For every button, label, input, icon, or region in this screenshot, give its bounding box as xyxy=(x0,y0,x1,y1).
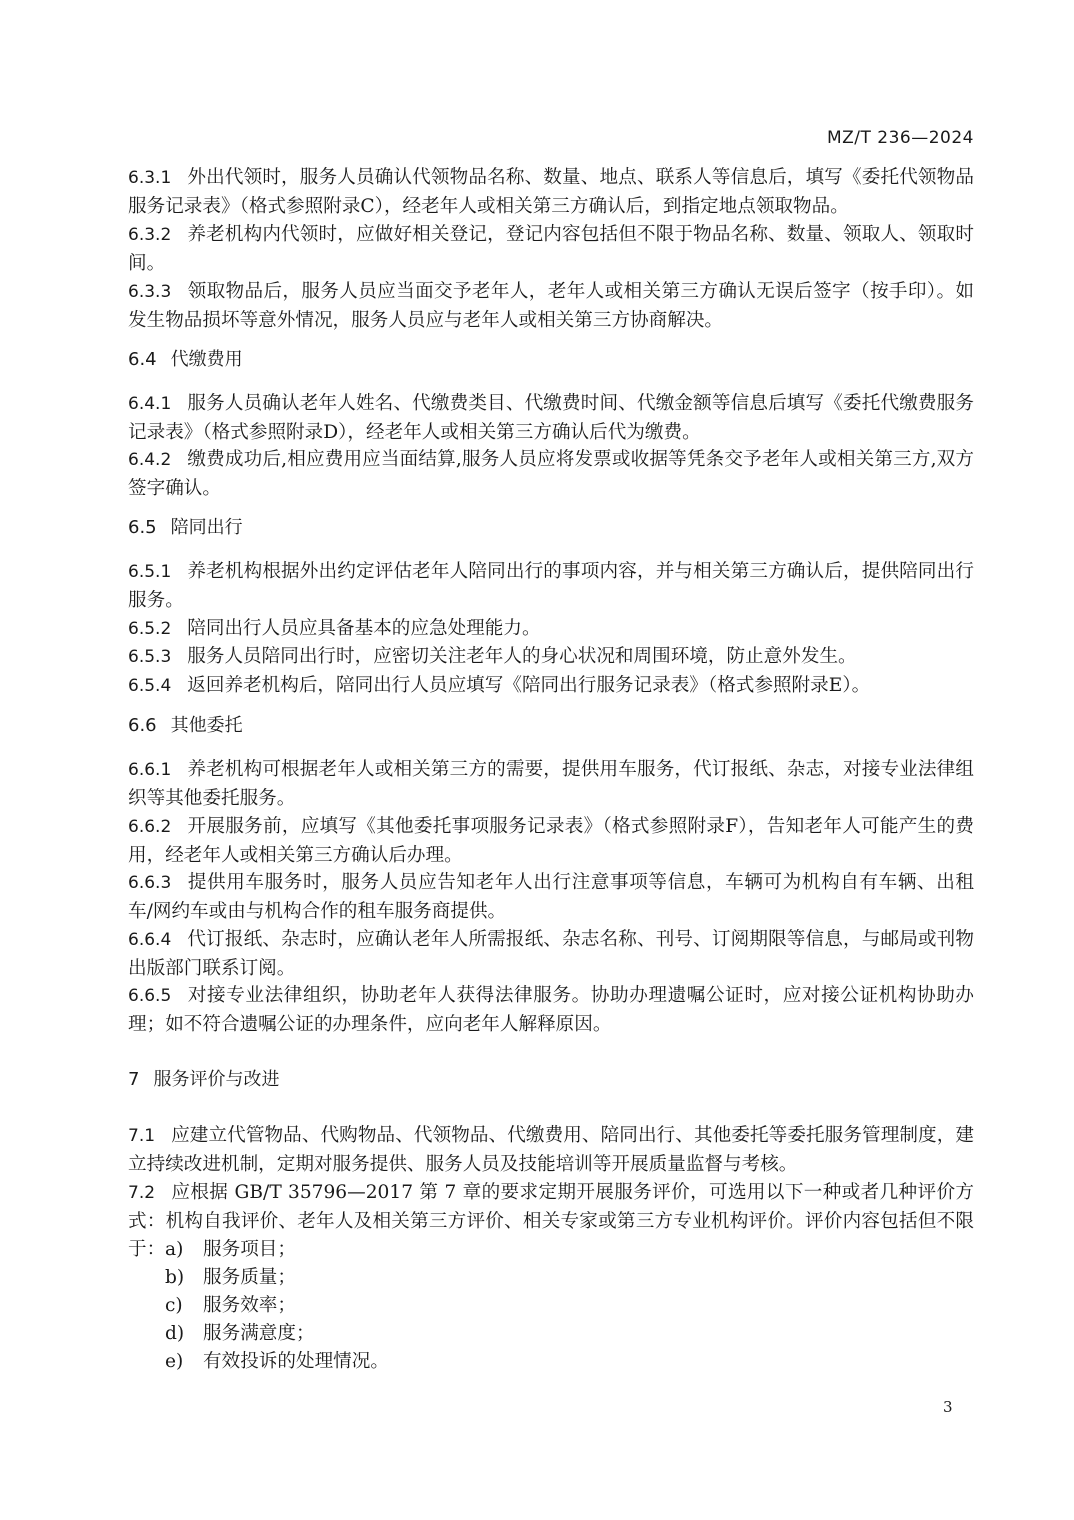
clause-text: 返回养老机构后，陪同出行人员应填写《陪同出行服务记录表》（格式参照附录E）。 xyxy=(187,675,870,696)
clause-6-6-3: 6.6.3提供用车服务时，服务人员应告知老年人出行注意事项等信息，车辆可为机构自… xyxy=(128,869,974,926)
heading-number: 7 xyxy=(128,1069,139,1090)
clause-number: 6.4.2 xyxy=(128,450,171,470)
list-item: b)服务质量； xyxy=(165,1264,296,1292)
list-item: e)有效投诉的处理情况。 xyxy=(165,1348,389,1376)
list-item: c)服务效率； xyxy=(165,1292,296,1320)
clause-6-5-1: 6.5.1养老机构根据外出约定评估老年人陪同出行的事项内容，并与相关第三方确认后… xyxy=(128,558,974,615)
list-marker: b) xyxy=(165,1264,203,1292)
clause-number: 6.6.2 xyxy=(128,817,171,837)
clause-number: 6.6.5 xyxy=(128,986,171,1006)
list-text: 服务项目； xyxy=(203,1239,296,1260)
clause-number: 6.6.1 xyxy=(128,760,171,780)
heading-6-5: 6.5陪同出行 xyxy=(128,514,243,542)
heading-title: 陪同出行 xyxy=(171,517,243,538)
clause-number: 7.2 xyxy=(128,1183,155,1203)
clause-text: 开展服务前，应填写《其他委托事项服务记录表》（格式参照附录F），告知老年人可能产… xyxy=(128,816,974,866)
clause-number: 6.6.3 xyxy=(128,873,171,893)
heading-6-6: 6.6其他委托 xyxy=(128,712,243,740)
clause-text: 养老机构可根据老年人或相关第三方的需要，提供用车服务，代订报纸、杂志，对接专业法… xyxy=(128,759,974,809)
clause-text: 外出代领时，服务人员确认代领物品名称、数量、地点、联系人等信息后，填写《委托代领… xyxy=(128,167,974,217)
clause-text: 缴费成功后,相应费用应当面结算,服务人员应将发票或收据等凭条交予老年人或相关第三… xyxy=(128,449,974,499)
clause-text: 服务人员确认老年人姓名、代缴费类目、代缴费时间、代缴金额等信息后填写《委托代缴费… xyxy=(128,393,974,443)
list-text: 服务效率； xyxy=(203,1295,296,1316)
heading-title: 代缴费用 xyxy=(171,349,243,370)
clause-number: 6.5.1 xyxy=(128,562,171,582)
clause-number: 6.3.2 xyxy=(128,225,171,245)
heading-title: 服务评价与改进 xyxy=(153,1069,279,1090)
heading-number: 6.6 xyxy=(128,715,157,736)
heading-6-4: 6.4代缴费用 xyxy=(128,346,243,374)
heading-number: 6.5 xyxy=(128,517,157,538)
clause-text: 领取物品后，服务人员应当面交予老年人，老年人或相关第三方确认无误后签字（按手印）… xyxy=(128,281,974,331)
clause-6-4-1: 6.4.1服务人员确认老年人姓名、代缴费类目、代缴费时间、代缴金额等信息后填写《… xyxy=(128,390,974,447)
list-marker: a) xyxy=(165,1236,203,1264)
clause-6-4-2: 6.4.2缴费成功后,相应费用应当面结算,服务人员应将发票或收据等凭条交予老年人… xyxy=(128,446,974,503)
standard-code: MZ/T 236—2024 xyxy=(827,128,974,148)
list-item: d)服务满意度； xyxy=(165,1320,315,1348)
clause-number: 6.5.4 xyxy=(128,676,171,696)
list-marker: d) xyxy=(165,1320,203,1348)
page-number: 3 xyxy=(943,1398,953,1416)
list-marker: e) xyxy=(165,1348,203,1376)
clause-text: 应建立代管物品、代购物品、代领物品、代缴费用、陪同出行、其他委托等委托服务管理制… xyxy=(128,1125,974,1175)
clause-text: 对接专业法律组织，协助老年人获得法律服务。协助办理遗嘱公证时，应对接公证机构协助… xyxy=(128,985,974,1035)
list-marker: c) xyxy=(165,1292,203,1320)
list-text: 有效投诉的处理情况。 xyxy=(203,1351,389,1372)
document-page: MZ/T 236—2024 6.3.1外出代领时，服务人员确认代领物品名称、数量… xyxy=(0,0,1074,1520)
clause-6-5-3: 6.5.3服务人员陪同出行时，应密切关注老年人的身心状况和周围环境，防止意外发生… xyxy=(128,643,974,672)
clause-6-6-1: 6.6.1养老机构可根据老年人或相关第三方的需要，提供用车服务，代订报纸、杂志，… xyxy=(128,756,974,813)
heading-7: 7服务评价与改进 xyxy=(128,1066,279,1094)
list-text: 服务满意度； xyxy=(203,1323,315,1344)
clause-6-3-3: 6.3.3领取物品后，服务人员应当面交予老年人，老年人或相关第三方确认无误后签字… xyxy=(128,278,974,335)
clause-number: 6.4.1 xyxy=(128,394,171,414)
clause-6-3-2: 6.3.2养老机构内代领时，应做好相关登记，登记内容包括但不限于物品名称、数量、… xyxy=(128,221,974,278)
clause-number: 6.3.1 xyxy=(128,168,171,188)
clause-6-5-2: 6.5.2陪同出行人员应具备基本的应急处理能力。 xyxy=(128,615,974,644)
clause-number: 6.5.3 xyxy=(128,647,171,667)
clause-text: 养老机构根据外出约定评估老年人陪同出行的事项内容，并与相关第三方确认后，提供陪同… xyxy=(128,561,974,611)
clause-7-1: 7.1应建立代管物品、代购物品、代领物品、代缴费用、陪同出行、其他委托等委托服务… xyxy=(128,1122,974,1179)
clause-text: 提供用车服务时，服务人员应告知老年人出行注意事项等信息，车辆可为机构自有车辆、出… xyxy=(128,872,974,922)
clause-number: 7.1 xyxy=(128,1126,155,1146)
clause-6-6-2: 6.6.2开展服务前，应填写《其他委托事项服务记录表》（格式参照附录F），告知老… xyxy=(128,813,974,870)
clause-6-5-4: 6.5.4返回养老机构后，陪同出行人员应填写《陪同出行服务记录表》（格式参照附录… xyxy=(128,672,974,701)
clause-6-6-5: 6.6.5对接专业法律组织，协助老年人获得法律服务。协助办理遗嘱公证时，应对接公… xyxy=(128,982,974,1039)
heading-number: 6.4 xyxy=(128,349,157,370)
clause-6-6-4: 6.6.4代订报纸、杂志时，应确认老年人所需报纸、杂志名称、刊号、订阅期限等信息… xyxy=(128,926,974,983)
list-text: 服务质量； xyxy=(203,1267,296,1288)
heading-title: 其他委托 xyxy=(171,715,243,736)
list-item: a)服务项目； xyxy=(165,1236,296,1264)
clause-text: 陪同出行人员应具备基本的应急处理能力。 xyxy=(187,618,540,639)
clause-text: 代订报纸、杂志时，应确认老年人所需报纸、杂志名称、刊号、订阅期限等信息，与邮局或… xyxy=(128,929,974,979)
clause-number: 6.5.2 xyxy=(128,619,171,639)
clause-text: 服务人员陪同出行时，应密切关注老年人的身心状况和周围环境，防止意外发生。 xyxy=(187,646,856,667)
clause-number: 6.6.4 xyxy=(128,930,171,950)
clause-text: 养老机构内代领时，应做好相关登记，登记内容包括但不限于物品名称、数量、领取人、领… xyxy=(128,224,974,274)
clause-6-3-1: 6.3.1外出代领时，服务人员确认代领物品名称、数量、地点、联系人等信息后，填写… xyxy=(128,164,974,221)
clause-number: 6.3.3 xyxy=(128,282,171,302)
